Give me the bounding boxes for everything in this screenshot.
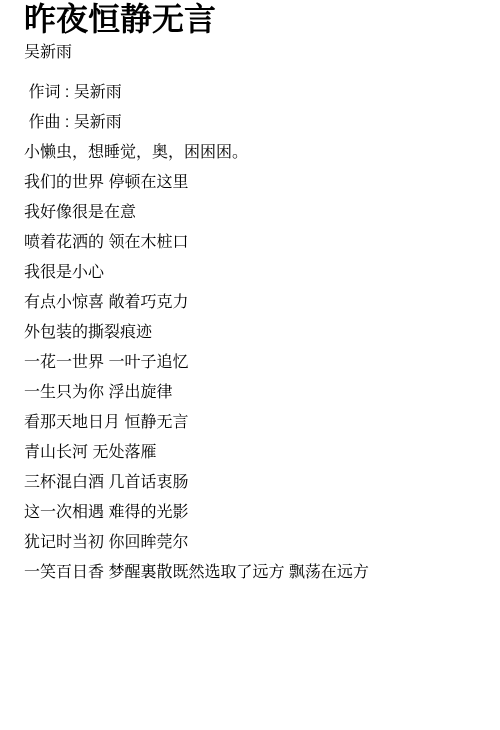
lyric-line: 犹记时当初 你回眸莞尔 (24, 528, 485, 558)
lyric-line-composer-credit: 作词 : 吴新雨 (24, 78, 485, 108)
lyric-line: 一生只为你 浮出旋律 (24, 378, 485, 408)
song-title: 昨夜恒静无言 (24, 0, 485, 38)
artist-name: 吴新雨 (24, 38, 485, 68)
lyric-line: 看那天地日月 恒静无言 (24, 408, 485, 438)
lyric-line: 外包装的撕裂痕迹 (24, 318, 485, 348)
lyric-line: 这一次相遇 难得的光影 (24, 498, 485, 528)
lyric-line: 喷着花洒的 领在木桩口 (24, 228, 485, 258)
lyric-line-lyricist-credit: 作曲 : 吴新雨 (24, 108, 485, 138)
lyric-line: 小懒虫，想睡觉，奥，困困困。 (24, 138, 485, 168)
lyrics-block: 作词 : 吴新雨 作曲 : 吴新雨 小懒虫，想睡觉，奥，困困困。 我们的世界 停… (24, 78, 485, 588)
lyrics-page: 昨夜恒静无言 吴新雨 作词 : 吴新雨 作曲 : 吴新雨 小懒虫，想睡觉，奥，困… (0, 0, 500, 588)
lyric-line: 我好像很是在意 (24, 198, 485, 228)
lyric-line: 一花一世界 一叶子追忆 (24, 348, 485, 378)
lyric-line: 一笑百日香 梦醒裏散既然选取了远方 飘荡在远方 (24, 558, 485, 588)
lyric-line: 我很是小心 (24, 258, 485, 288)
lyric-line: 有点小惊喜 敞着巧克力 (24, 288, 485, 318)
lyric-line: 三杯混白酒 几首话衷肠 (24, 468, 485, 498)
lyric-line: 青山长河 无处落雁 (24, 438, 485, 468)
lyric-line: 我们的世界 停顿在这里 (24, 168, 485, 198)
